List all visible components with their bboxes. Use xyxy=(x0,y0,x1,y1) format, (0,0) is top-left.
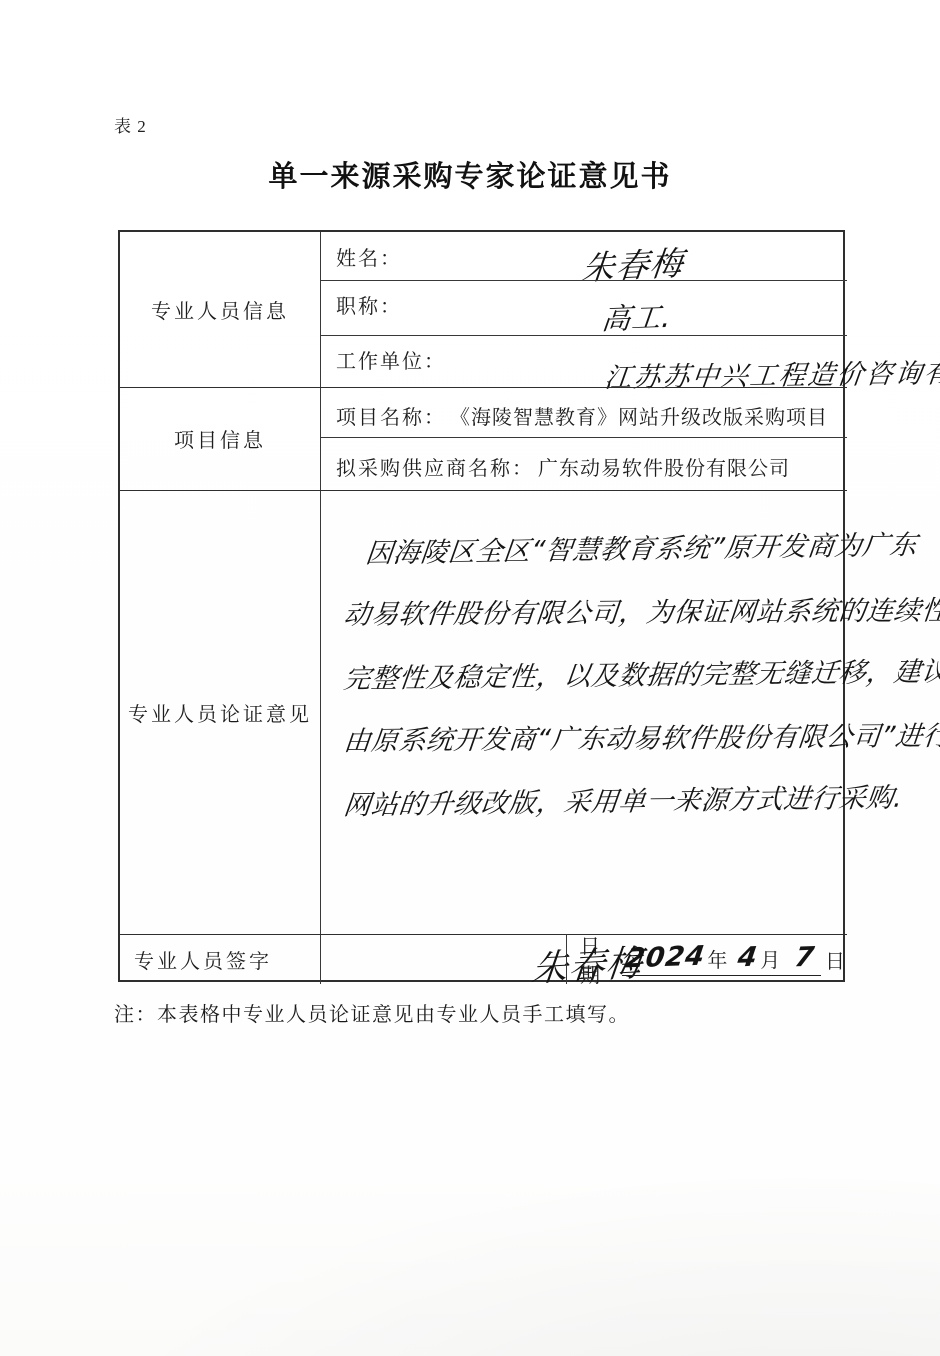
name-label: 姓名： xyxy=(336,248,402,270)
date-cell: 日期 2024 年 4 月 7 日 xyxy=(566,934,847,984)
scanned-document-page: 表 2 单一来源采购专家论证意见书 专业人员信息 姓名： 朱春梅 职称： 高工.… xyxy=(0,0,940,1356)
job-title-handwritten-value: 高工. xyxy=(600,295,675,339)
date-year-unit: 年 xyxy=(707,944,728,973)
signature-cell: 朱春梅 xyxy=(320,934,566,984)
field-supplier-row: 拟采购供应商名称： 广东动易软件股份有限公司 xyxy=(320,437,847,490)
date-day-handwritten: 7 xyxy=(793,942,817,974)
opinion-line: 网站的升级改版，采用单一来源方式进行采购. xyxy=(342,777,831,823)
opinion-line: 完整性及稳定性，以及数据的完整无缝迁移，建议 xyxy=(342,651,831,696)
project-name-label: 项目名称： xyxy=(336,407,446,429)
row-label-professional-info: 专业人员信息 xyxy=(120,232,320,387)
expert-opinion-form-table: 专业人员信息 姓名： 朱春梅 职称： 高工. 工作单位： 江苏苏中兴工程造价咨询… xyxy=(118,230,845,982)
date-underlined-group: 2024 年 4 月 7 xyxy=(622,942,821,976)
supplier-value: 广东动易软件股份有限公司 xyxy=(538,458,790,480)
field-employer-row: 工作单位： 江苏苏中兴工程造价咨询有限公司 xyxy=(320,335,847,387)
opinion-line: 动易软件股份有限公司，为保证网站系统的连续性、 xyxy=(342,589,831,631)
document-title: 单一来源采购专家论证意见书 xyxy=(0,154,940,195)
field-project-name-row: 项目名称： 《海陵智慧教育》网站升级改版采购项目 xyxy=(320,387,847,437)
date-month-unit: 月 xyxy=(760,944,781,973)
field-title-row: 职称： 高工. xyxy=(320,280,847,335)
row-label-signature: 专业人员签字 xyxy=(120,934,320,984)
job-title-label: 职称： xyxy=(336,296,402,318)
opinion-handwritten-block: 因海陵区全区“智慧教育系统”原开发商为广东 动易软件股份有限公司，为保证网站系统… xyxy=(320,490,847,934)
footnote-text: 注：本表格中专业人员论证意见由专业人员手工填写。 xyxy=(114,998,630,1027)
opinion-line: 由原系统开发商“广东动易软件股份有限公司”进行 xyxy=(342,715,831,758)
row-label-expert-opinion: 专业人员论证意见 xyxy=(120,490,320,934)
supplier-label: 拟采购供应商名称： xyxy=(336,458,534,480)
table-number-label: 表 2 xyxy=(114,112,147,137)
date-day-unit: 日 xyxy=(825,945,847,974)
field-name-row: 姓名： 朱春梅 xyxy=(320,232,847,280)
project-name-value: 《海陵智慧教育》网站升级改版采购项目 xyxy=(450,407,828,429)
employer-label: 工作单位： xyxy=(336,351,446,373)
opinion-line: 因海陵区全区“智慧教育系统”原开发商为广东 xyxy=(342,524,831,571)
date-year-handwritten: 2024 xyxy=(624,941,707,975)
date-month-handwritten: 4 xyxy=(736,942,760,974)
date-prefix-label: 日期 xyxy=(580,930,620,988)
row-label-project-info: 项目信息 xyxy=(120,387,320,490)
